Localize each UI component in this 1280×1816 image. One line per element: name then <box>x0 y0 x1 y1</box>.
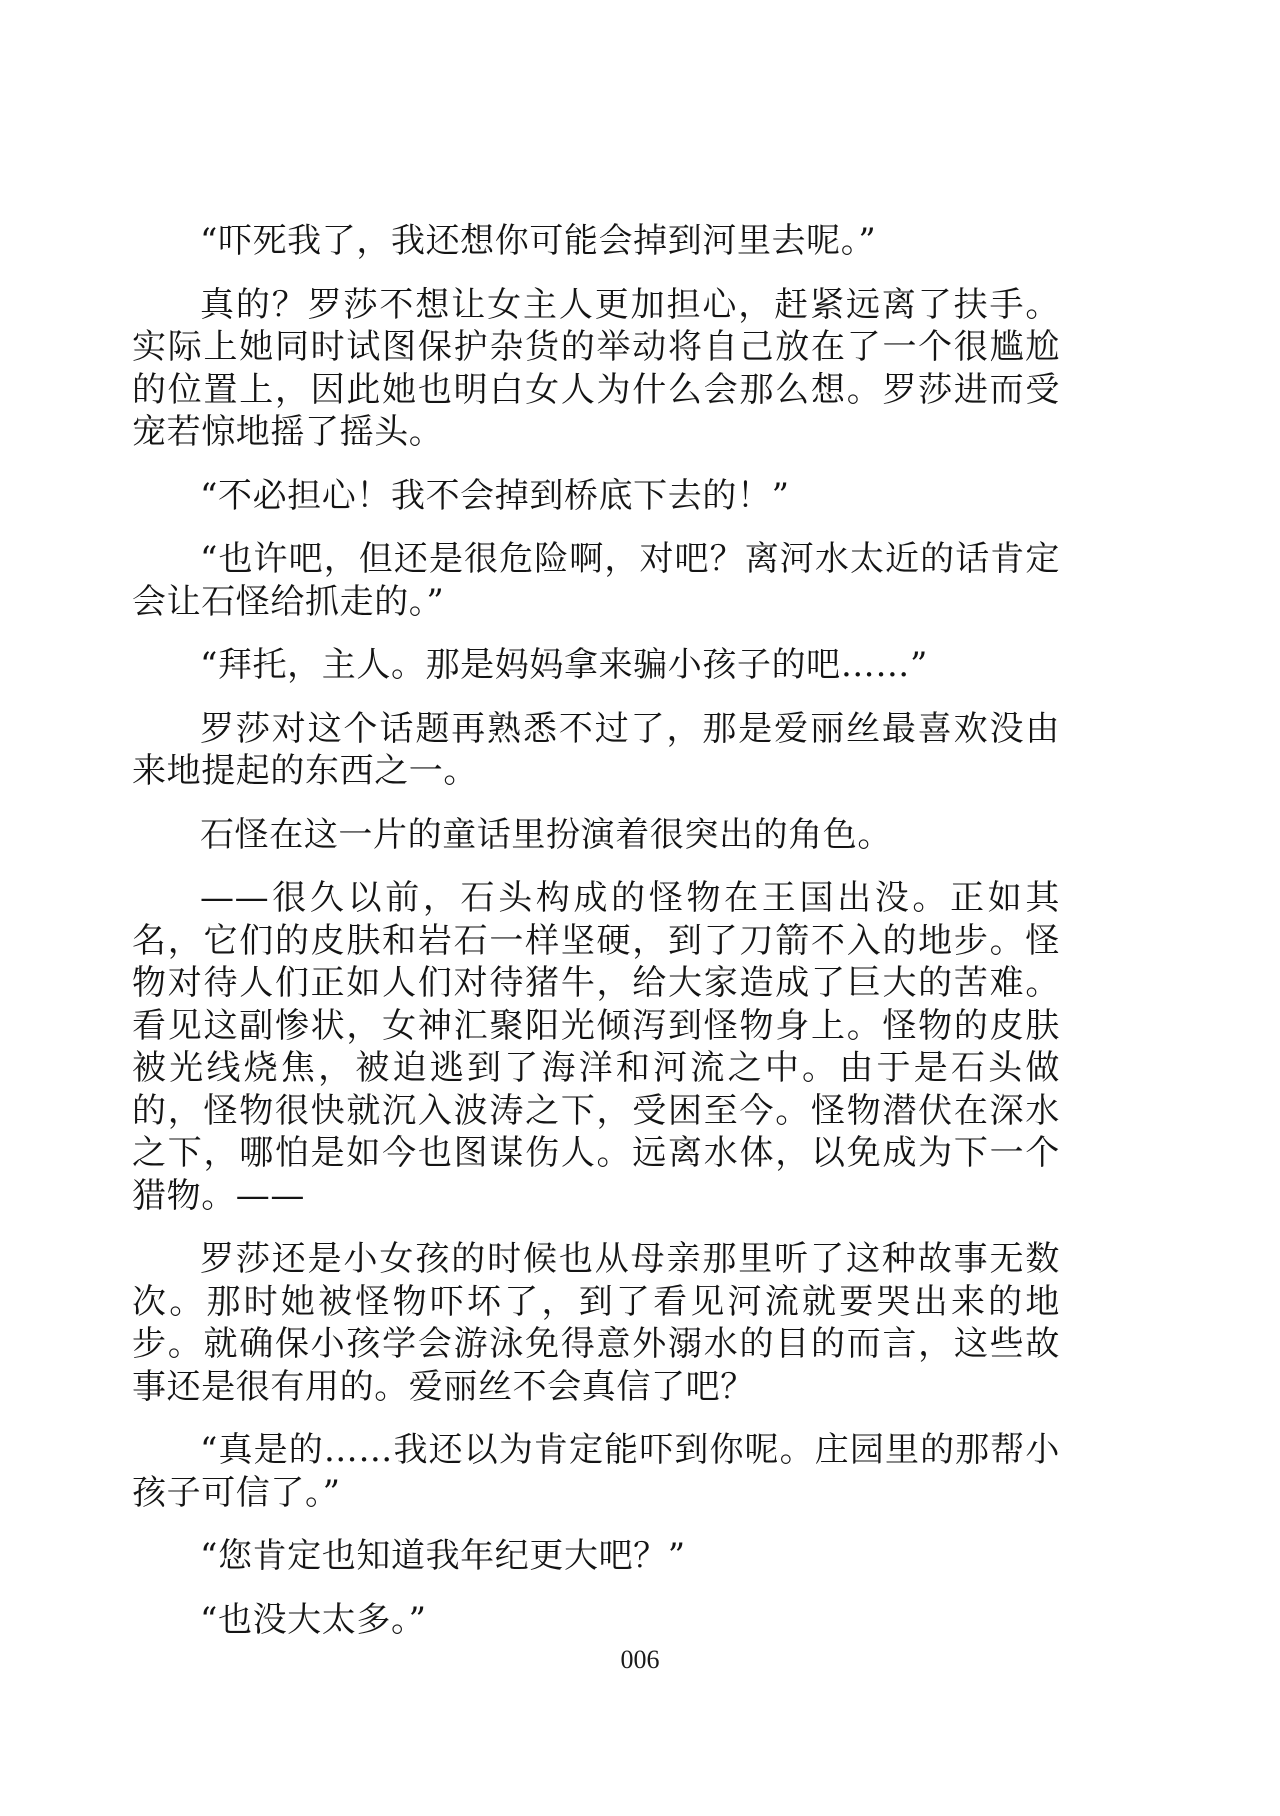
paragraph-4: “也许吧，但还是很危险啊，对吧？离河水太近的话肯定会让石怪给抓走的。” <box>132 538 1060 623</box>
paragraph-8-legend: ——很久以前，石头构成的怪物在王国出没。正如其名，它们的皮肤和岩石一样坚硬，到了… <box>132 877 1060 1217</box>
paragraph-12: “也没大太多。” <box>132 1599 1060 1642</box>
paragraph-10: “真是的……我还以为肯定能吓到你呢。庄园里的那帮小孩子可信了。” <box>132 1429 1060 1514</box>
paragraph-1: “吓死我了，我还想你可能会掉到河里去呢。” <box>132 220 1060 263</box>
body-text: “吓死我了，我还想你可能会掉到河里去呢。” 真的？罗莎不想让女主人更加担心，赶紧… <box>132 220 1060 1662</box>
paragraph-7: 石怪在这一片的童话里扮演着很突出的角色。 <box>132 814 1060 857</box>
paragraph-3: “不必担心！我不会掉到桥底下去的！” <box>132 475 1060 518</box>
paragraph-2: 真的？罗莎不想让女主人更加担心，赶紧远离了扶手。实际上她同时试图保护杂货的举动将… <box>132 284 1060 454</box>
book-page: “吓死我了，我还想你可能会掉到河里去呢。” 真的？罗莎不想让女主人更加担心，赶紧… <box>0 0 1280 1816</box>
page-number: 006 <box>0 1642 1280 1678</box>
paragraph-11: “您肯定也知道我年纪更大吧？” <box>132 1535 1060 1578</box>
paragraph-9: 罗莎还是小女孩的时候也从母亲那里听了这种故事无数次。那时她被怪物吓坏了，到了看见… <box>132 1238 1060 1408</box>
paragraph-6: 罗莎对这个话题再熟悉不过了，那是爱丽丝最喜欢没由来地提起的东西之一。 <box>132 708 1060 793</box>
paragraph-5: “拜托，主人。那是妈妈拿来骗小孩子的吧……” <box>132 644 1060 687</box>
